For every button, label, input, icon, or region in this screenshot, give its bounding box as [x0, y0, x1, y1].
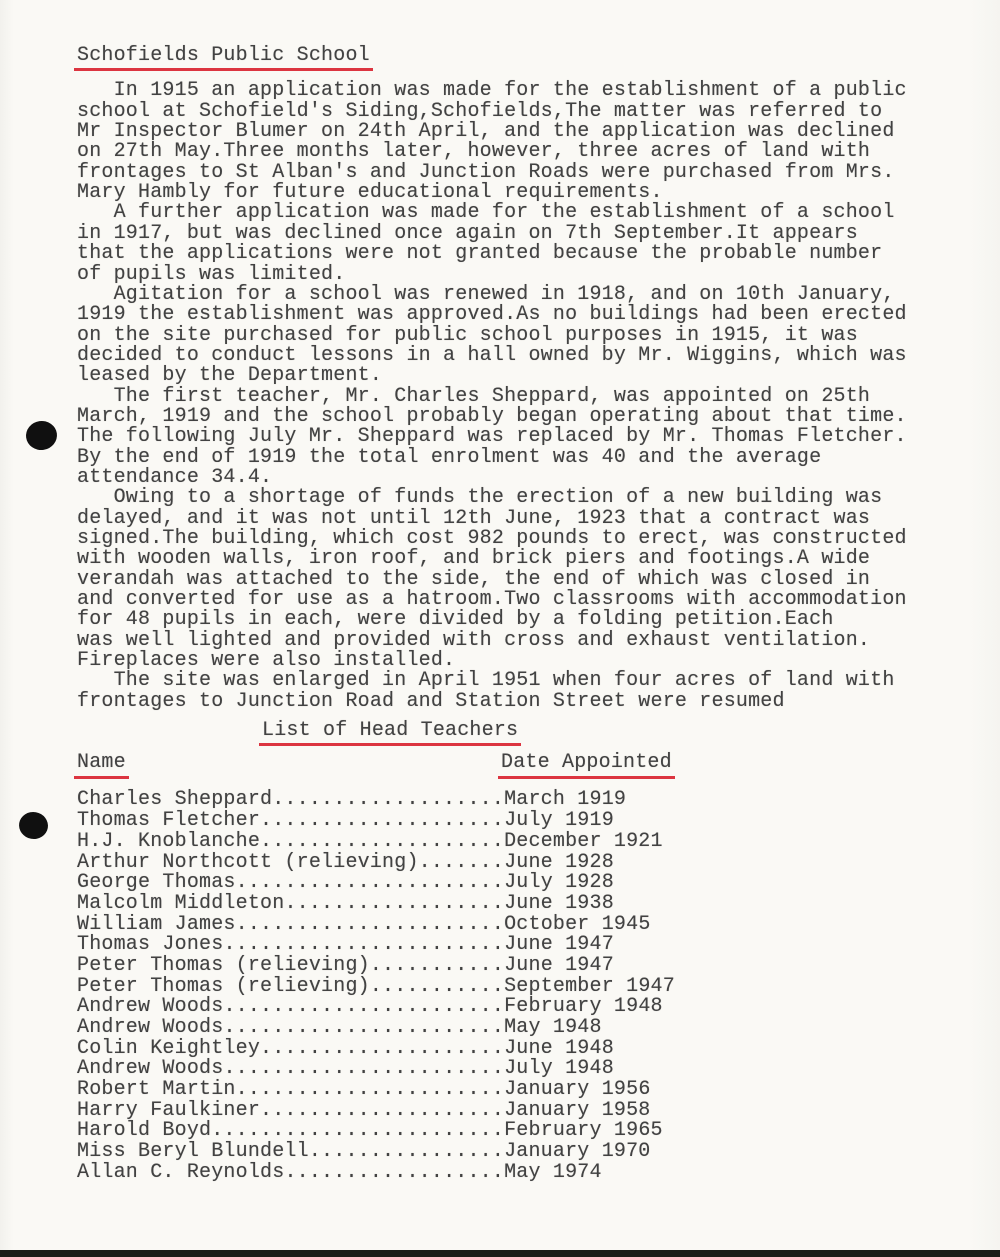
body-line: and converted for use as a hatroom.Two c… — [77, 590, 937, 610]
head-teachers-table: Charles Sheppard...................March… — [77, 790, 937, 1183]
body-line: Mary Hambly for future educational requi… — [77, 183, 937, 203]
document-page: Schofields Public School In 1915 an appl… — [0, 0, 1000, 1257]
table-row: Harold Boyd........................Febru… — [77, 1121, 937, 1142]
body-line: The site was enlarged in April 1951 when… — [77, 671, 937, 691]
dot-leader: ................... — [272, 788, 504, 811]
table-row: Andrew Woods.......................May 1… — [77, 1018, 937, 1039]
dot-leader: .................. — [284, 892, 504, 915]
teacher-name: Andrew Woods — [77, 995, 223, 1018]
body-line: signed.The building, which cost 982 poun… — [77, 529, 937, 549]
body-line: delayed, and it was not until 12th June,… — [77, 509, 937, 529]
table-row: Allan C. Reynolds..................May 1… — [77, 1163, 937, 1184]
teacher-name: Peter Thomas (relieving) — [77, 954, 370, 977]
dot-leader: ........... — [370, 954, 504, 977]
date-appointed: January 1956 — [504, 1078, 650, 1101]
teacher-name: William James — [77, 913, 236, 936]
table-header-row: Name Date Appointed — [77, 753, 937, 779]
date-appointed: December 1921 — [504, 830, 663, 853]
scan-bottom-edge — [0, 1250, 1000, 1257]
body-line: 1919 the establishment was approved.As n… — [77, 305, 937, 325]
body-line: Owing to a shortage of funds the erectio… — [77, 488, 937, 508]
body-line: Agitation for a school was renewed in 19… — [77, 285, 937, 305]
table-row: Miss Beryl Blundell................Janua… — [77, 1142, 937, 1163]
column-header-date-appointed: Date Appointed — [498, 753, 675, 778]
date-appointed: June 1947 — [504, 954, 614, 977]
table-row: Harry Faulkiner....................Janua… — [77, 1101, 937, 1122]
head-teachers-section-title: List of Head Teachers — [262, 721, 937, 746]
dot-leader: ....................... — [223, 995, 504, 1018]
hole-punch-mark-bottom — [17, 810, 50, 842]
teacher-name: Thomas Fletcher — [77, 809, 260, 832]
body-line: on 27th May.Three months later, however,… — [77, 142, 937, 162]
teacher-name: Andrew Woods — [77, 1016, 223, 1039]
teacher-name: Malcolm Middleton — [77, 892, 284, 915]
dot-leader: .................... — [260, 830, 504, 853]
date-appointed: June 1938 — [504, 892, 614, 915]
table-row: Andrew Woods.......................July … — [77, 1059, 937, 1080]
dot-leader: .................... — [260, 1099, 504, 1122]
body-line: on the site purchased for public school … — [77, 326, 937, 346]
body-line: frontages to Junction Road and Station S… — [77, 692, 937, 712]
teacher-name: Colin Keightley — [77, 1037, 260, 1060]
body-line: that the applications were not granted b… — [77, 244, 937, 264]
dot-leader: ....................... — [223, 1057, 504, 1080]
date-appointed: January 1970 — [504, 1140, 650, 1163]
table-row: Peter Thomas (relieving)...........June … — [77, 956, 937, 977]
dot-leader: ....... — [419, 851, 504, 874]
teacher-name: H.J. Knoblanche — [77, 830, 260, 853]
table-row: Malcolm Middleton..................June … — [77, 894, 937, 915]
table-row: Andrew Woods.......................Febru… — [77, 997, 937, 1018]
date-appointed: February 1948 — [504, 995, 663, 1018]
dot-leader: .................... — [260, 1037, 504, 1060]
hole-punch-mark-top — [24, 419, 59, 452]
body-line: Mr Inspector Blumer on 24th April, and t… — [77, 122, 937, 142]
dot-leader: ................ — [309, 1140, 504, 1163]
teacher-name: Andrew Woods — [77, 1057, 223, 1080]
date-appointed: February 1965 — [504, 1119, 663, 1142]
table-row: Robert Martin......................Janua… — [77, 1080, 937, 1101]
teacher-name: Allan C. Reynolds — [77, 1161, 284, 1184]
teacher-name: Harry Faulkiner — [77, 1099, 260, 1122]
dot-leader: ...................... — [236, 1078, 504, 1101]
dot-leader: ....................... — [223, 1016, 504, 1039]
table-row: Charles Sheppard...................March… — [77, 790, 937, 811]
table-row: Arthur Northcott (relieving).......June … — [77, 853, 937, 874]
dot-leader: ...................... — [236, 871, 504, 894]
teacher-name: George Thomas — [77, 871, 236, 894]
dot-leader: ...................... — [236, 913, 504, 936]
body-line: school at Schofield's Siding,Schofields,… — [77, 102, 937, 122]
date-appointed: June 1928 — [504, 851, 614, 874]
column-header-name: Name — [74, 753, 129, 778]
body-line: frontages to St Alban's and Junction Roa… — [77, 163, 937, 183]
body-line: verandah was attached to the side, the e… — [77, 570, 937, 590]
date-appointed: June 1947 — [504, 933, 614, 956]
page-title-text: Schofields Public School — [74, 46, 373, 71]
body-line: attendance 34.4. — [77, 468, 937, 488]
dot-leader: ........................ — [211, 1119, 504, 1142]
body-line: The following July Mr. Sheppard was repl… — [77, 427, 937, 447]
date-appointed: June 1948 — [504, 1037, 614, 1060]
dot-leader: ....................... — [223, 933, 504, 956]
table-row: Colin Keightley....................June … — [77, 1039, 937, 1060]
body-line: in 1917, but was declined once again on … — [77, 224, 937, 244]
body-line: In 1915 an application was made for the … — [77, 81, 937, 101]
table-row: William James......................Octob… — [77, 915, 937, 936]
body-line: of pupils was limited. — [77, 265, 937, 285]
date-appointed: January 1958 — [504, 1099, 650, 1122]
table-row: George Thomas......................July … — [77, 873, 937, 894]
teacher-name: Charles Sheppard — [77, 788, 272, 811]
typewritten-content: Schofields Public School In 1915 an appl… — [77, 46, 937, 1184]
date-appointed: October 1945 — [504, 913, 650, 936]
date-appointed: March 1919 — [504, 788, 626, 811]
dot-leader: .................... — [260, 809, 504, 832]
table-row: Peter Thomas (relieving)...........Septe… — [77, 977, 937, 998]
head-teachers-title-text: List of Head Teachers — [259, 721, 521, 746]
teacher-name: Peter Thomas (relieving) — [77, 975, 370, 998]
table-row: Thomas Fletcher....................July … — [77, 811, 937, 832]
date-appointed: May 1948 — [504, 1016, 602, 1039]
date-appointed: May 1974 — [504, 1161, 602, 1184]
body-line: for 48 pupils in each, were divided by a… — [77, 610, 937, 630]
date-appointed: July 1948 — [504, 1057, 614, 1080]
body-line: A further application was made for the e… — [77, 203, 937, 223]
body-line: was well lighted and provided with cross… — [77, 631, 937, 651]
body-line: leased by the Department. — [77, 366, 937, 386]
teacher-name: Robert Martin — [77, 1078, 236, 1101]
teacher-name: Harold Boyd — [77, 1119, 211, 1142]
body-line: with wooden walls, iron roof, and brick … — [77, 549, 937, 569]
page-title: Schofields Public School — [77, 46, 937, 71]
body-line: By the end of 1919 the total enrolment w… — [77, 448, 937, 468]
date-appointed: September 1947 — [504, 975, 675, 998]
body-text: In 1915 an application was made for the … — [77, 81, 937, 712]
date-appointed: July 1928 — [504, 871, 614, 894]
body-line: decided to conduct lessons in a hall own… — [77, 346, 937, 366]
body-line: March, 1919 and the school probably bega… — [77, 407, 937, 427]
body-line: The first teacher, Mr. Charles Sheppard,… — [77, 387, 937, 407]
date-appointed: July 1919 — [504, 809, 614, 832]
teacher-name: Thomas Jones — [77, 933, 223, 956]
table-row: Thomas Jones.......................June … — [77, 935, 937, 956]
teacher-name: Miss Beryl Blundell — [77, 1140, 309, 1163]
body-line: Fireplaces were also installed. — [77, 651, 937, 671]
dot-leader: ........... — [370, 975, 504, 998]
dot-leader: .................. — [284, 1161, 504, 1184]
teacher-name: Arthur Northcott (relieving) — [77, 851, 419, 874]
table-row: H.J. Knoblanche....................Decem… — [77, 832, 937, 853]
